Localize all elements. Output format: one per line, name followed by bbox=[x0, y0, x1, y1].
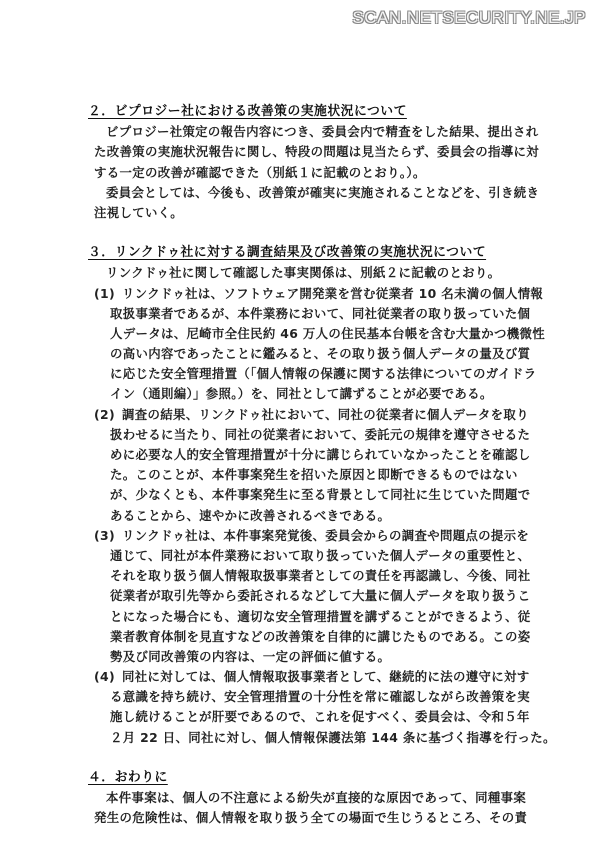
section-2: ２．ビプロジー社における改善策の実施状況について ビプロジー社策定の報告内容につ… bbox=[94, 102, 524, 223]
item-line: 調査の結果、リンクドゥ社において、同社の従業者に個人データを取り bbox=[122, 407, 529, 422]
paragraph-line: する一定の改善が確認できた（別紙１に記載のとおり。）。 bbox=[94, 163, 524, 183]
item-line: ２月 22 日、同社に対し、個人情報保護法第 144 条に基づく指導を行った。 bbox=[94, 728, 524, 748]
site-watermark: SCAN.NETSECURITY.NE.JP bbox=[352, 8, 586, 28]
item-line: めに必要な人的安全管理措置が十分に講じられていなかったことを確認し bbox=[94, 445, 524, 465]
item-line: リンクドゥ社は、ソフトウェア開発業を営む従業者 10 名未満の個人情報 bbox=[122, 286, 543, 301]
item-number: (4) bbox=[94, 667, 122, 687]
paragraph-line: 本件事案は、個人の不注意による紛失が直接的な原因であって、同種事案 bbox=[94, 788, 524, 808]
item-line: 従業者が取引先等から委託されるなどして大量に個人データを取り扱うこ bbox=[94, 586, 524, 606]
item-line: 同社に対しては、個人情報取扱事業者として、継続的に法の遵守に対す bbox=[122, 669, 529, 684]
paragraph-line: た改善策の実施状況報告に関し、特段の問題は見当たらず、委員会の指導に対 bbox=[94, 142, 524, 162]
list-item: (2)調査の結果、リンクドゥ社において、同社の従業者に個人データを取り 扱わせる… bbox=[94, 405, 524, 526]
item-line: る意識を持ち続け、安全管理措置の十分性を常に確認しながら改善策を実 bbox=[94, 687, 524, 707]
item-line: イン（通則編）」参照。）を、同社として講ずることが必要である。 bbox=[94, 384, 524, 404]
item-line: 人データは、尼崎市全住民約 46 万人の住民基本台帳を含む大量かつ機微性 bbox=[94, 324, 524, 344]
item-number: (2) bbox=[94, 405, 122, 425]
item-line: 施し続けることが肝要であるので、これを促すべく、委員会は、令和５年 bbox=[94, 707, 524, 727]
item-line: 通じて、同社が本件業務において取り扱っていた個人データの重要性と、 bbox=[94, 546, 524, 566]
item-line: リンクドゥ社は、本件事案発覚後、委員会からの調査や問題点の提示を bbox=[122, 528, 529, 543]
paragraph-line: 注視していく。 bbox=[94, 203, 524, 223]
intro-line: リンクドゥ社に関して確認した事実関係は、別紙２に記載のとおり。 bbox=[94, 263, 524, 283]
section-heading: ２．ビプロジー社における改善策の実施状況について bbox=[88, 102, 524, 122]
item-line: 業者教育体制を見直すなどの改善策を自律的に講じたものである。この姿 bbox=[94, 627, 524, 647]
document-body: ２．ビプロジー社における改善策の実施状況について ビプロジー社策定の報告内容につ… bbox=[94, 102, 524, 828]
item-line: に応じた安全管理措置（「個人情報の保護に関する法律についてのガイドラ bbox=[94, 364, 524, 384]
section-3: ３．リンクドゥ社に対する調査結果及び改善策の実施状況について リンクドゥ社に関し… bbox=[94, 243, 524, 748]
item-number: (3) bbox=[94, 526, 122, 546]
section-heading: ３．リンクドゥ社に対する調査結果及び改善策の実施状況について bbox=[88, 243, 524, 263]
item-line: あることから、速やかに改善されるべきである。 bbox=[94, 506, 524, 526]
list-item: (1)リンクドゥ社は、ソフトウェア開発業を営む従業者 10 名未満の個人情報 取… bbox=[94, 284, 524, 405]
paragraph-line: 委員会としては、今後も、改善策が確実に実施されることなどを、引き続き bbox=[94, 183, 524, 203]
item-line: 取扱事業者であるが、本件業務において、同社従業者の取り扱っていた個 bbox=[94, 304, 524, 324]
paragraph-line: ビプロジー社策定の報告内容につき、委員会内で精査をした結果、提出され bbox=[94, 122, 524, 142]
list-item: (3)リンクドゥ社は、本件事案発覚後、委員会からの調査や問題点の提示を 通じて、… bbox=[94, 526, 524, 667]
list-item: (4)同社に対しては、個人情報取扱事業者として、継続的に法の遵守に対す る意識を… bbox=[94, 667, 524, 748]
item-line: とになった場合にも、適切な安全管理措置を講ずることができるよう、従 bbox=[94, 607, 524, 627]
item-number: (1) bbox=[94, 284, 122, 304]
item-line: 扱わせるに当たり、同社の従業者において、委託元の規律を遵守させるた bbox=[94, 425, 524, 445]
item-line: それを取り扱う個人情報取扱事業者としての責任を再認識し、今後、同社 bbox=[94, 566, 524, 586]
item-line: た。このことが、本件事案発生を招いた原因と即断できるものではない bbox=[94, 465, 524, 485]
item-line: の高い内容であったことに鑑みると、その取り扱う個人データの量及び質 bbox=[94, 344, 524, 364]
item-line: 勢及び同改善策の内容は、一定の評価に値する。 bbox=[94, 647, 524, 667]
paragraph-line: 発生の危険性は、個人情報を取り扱う全ての場面で生じうるところ、その責 bbox=[94, 808, 524, 828]
section-4: ４．おわりに 本件事案は、個人の不注意による紛失が直接的な原因であって、同種事案… bbox=[94, 768, 524, 829]
section-heading: ４．おわりに bbox=[88, 768, 524, 788]
item-line: が、少なくとも、本件事案発生に至る背景として同社に生じていた問題で bbox=[94, 485, 524, 505]
